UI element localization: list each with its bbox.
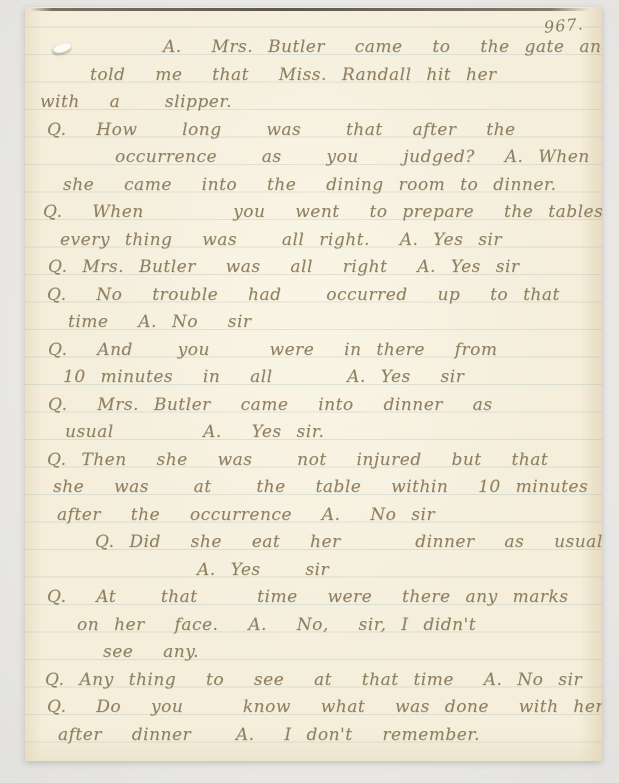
manuscript-line: she was at the table within 10 minutes	[53, 476, 588, 498]
manuscript-line: after dinner A. I don't remember.	[58, 724, 480, 746]
manuscript-line: Q. No trouble had occurred up to that	[47, 284, 560, 306]
manuscript-line: 10 minutes in all A. Yes sir	[63, 366, 464, 388]
manuscript-line: told me that Miss. Randall hit her	[90, 64, 497, 86]
manuscript-line: Q. And you were in there from	[48, 339, 498, 361]
page-top-edge-shadow	[30, 8, 590, 11]
manuscript-line: time A. No sir	[68, 311, 252, 333]
manuscript-line: every thing was all right. A. Yes sir	[60, 229, 502, 251]
page-number: 967.	[544, 14, 585, 36]
manuscript-line: Q. Any thing to see at that time A. No s…	[45, 669, 582, 691]
manuscript-line: Q. Did she eat her dinner as usual	[95, 531, 602, 553]
photographed-manuscript-scene: 967. A. Mrs. Butler came to the gate and…	[0, 0, 619, 783]
manuscript-line: she came into the dining room to dinner.	[63, 174, 557, 196]
manuscript-line: Q. How long was that after the	[47, 119, 516, 141]
manuscript-line: Q. Mrs. Butler came into dinner as	[48, 394, 493, 416]
manuscript-line: usual A. Yes sir.	[65, 421, 324, 443]
paper-hole-flaw	[52, 42, 73, 56]
manuscript-line: Q. At that time were there any marks	[47, 586, 568, 608]
manuscript-line: on her face. A. No, sir, I didn't	[77, 614, 476, 636]
manuscript-line: A. Mrs. Butler came to the gate and	[163, 36, 602, 58]
manuscript-line: Q. Mrs. Butler was all right A. Yes sir	[48, 256, 520, 278]
manuscript-page: 967. A. Mrs. Butler came to the gate and…	[25, 7, 602, 761]
manuscript-line: Q. Do you know what was done with her	[47, 696, 602, 718]
manuscript-line: occurrence as you judged? A. When	[115, 146, 590, 168]
manuscript-line: see any.	[103, 641, 199, 663]
manuscript-line: Q. Then she was not injured but that	[47, 449, 548, 471]
manuscript-line: after the occurrence A. No sir	[57, 504, 435, 526]
manuscript-line: Q. When you went to prepare the tables	[43, 201, 602, 223]
manuscript-line: with a slipper.	[40, 91, 232, 113]
manuscript-line: A. Yes sir	[197, 559, 329, 581]
